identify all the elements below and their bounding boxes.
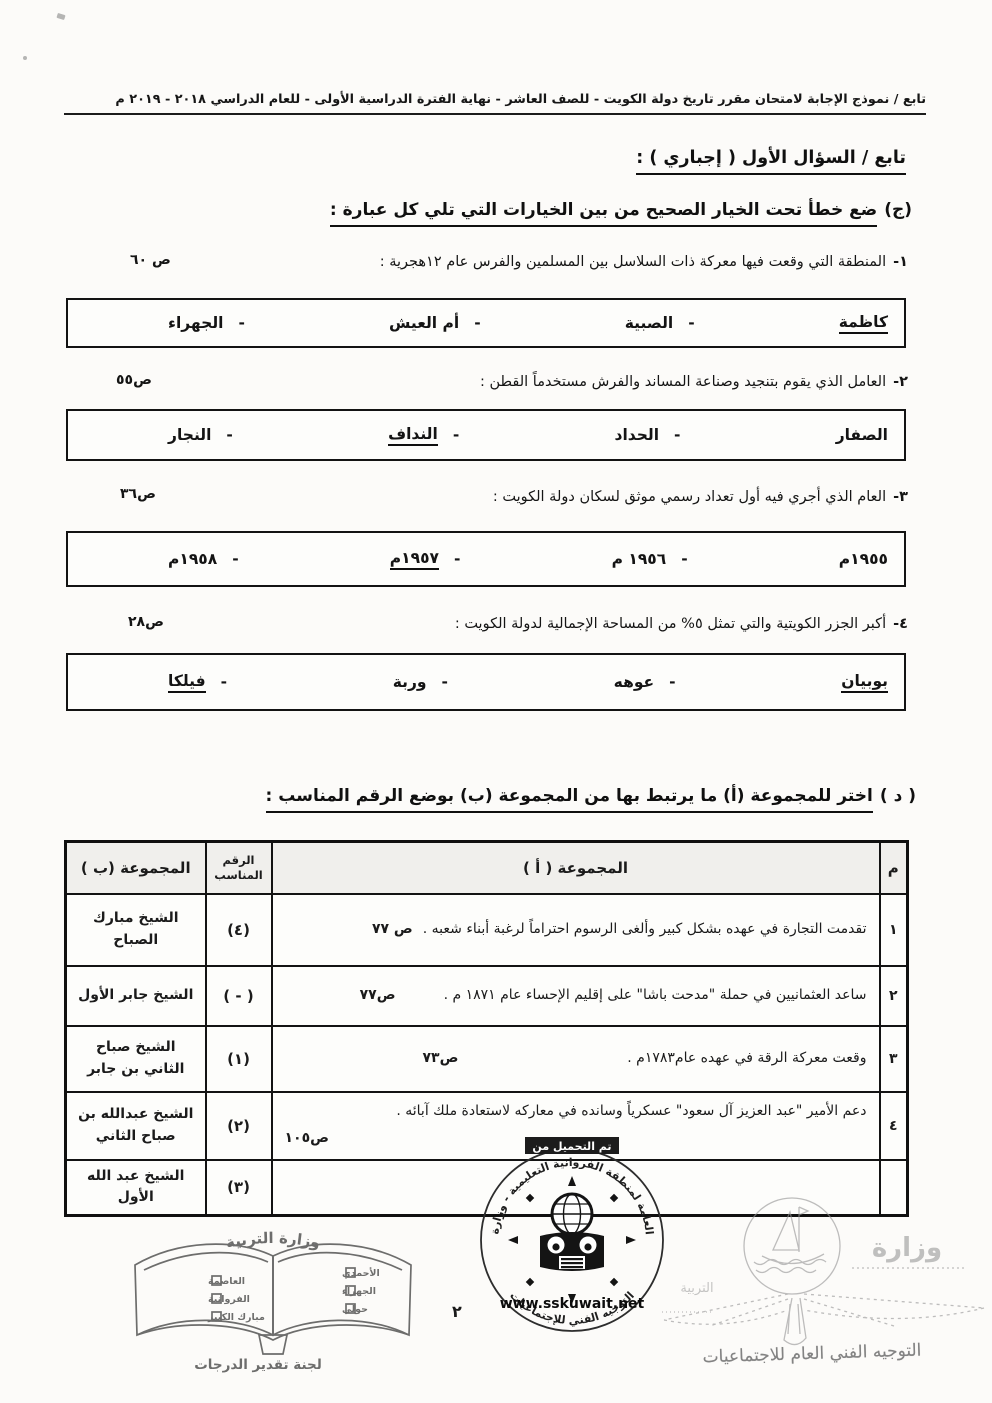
group-a-text: تقدمت التجارة في عهده بشكل كبير وألغى ال… <box>423 921 867 937</box>
option-label: ١٩٥٦ م <box>612 550 667 569</box>
option-label: الجهراء <box>168 314 223 333</box>
option: -١٩٥٨م <box>168 550 239 569</box>
part-d-letter: ( د ) <box>880 786 916 806</box>
question-4-options-box: بوبيان -عوهه -وربة -فيلكا <box>66 653 906 711</box>
option: بوبيان <box>841 672 888 693</box>
page-reference: ص٧٣ <box>423 1047 459 1071</box>
option: -فيلكا <box>168 672 227 693</box>
matching-number-cell: (٤) <box>206 894 272 966</box>
question-1: ١-المنطقة التي وقعت فيها معركة ذات السلا… <box>380 254 908 270</box>
option-dash: - <box>688 314 694 332</box>
option-dash: - <box>669 673 675 691</box>
svg-text:وزارة التربية: وزارة التربية <box>224 1229 322 1252</box>
stamp-banner: تم التحميل من <box>532 1140 611 1153</box>
option-dash: - <box>221 673 227 691</box>
option-label: أم العيش <box>389 314 459 333</box>
option-label: عوهه <box>614 673 654 692</box>
option-dash: - <box>474 314 480 332</box>
district-label: الجهراء <box>342 1286 376 1297</box>
ministry-book-stamp: وزارة التربية الأحمدي الجهراء حولي <box>108 1208 438 1376</box>
option-label: الحداد <box>614 426 659 445</box>
page-reference: ص٧٧ <box>360 987 396 1003</box>
question-1-text: المنطقة التي وقعت فيها معركة ذات السلاسل… <box>380 254 886 270</box>
group-a-cell: وقعت معركة الرقة في عهده عام١٧٨٣م .ص٧٣ <box>272 1026 880 1092</box>
question-2-text: العامل الذي يقوم بتنجيد وصناعة المساند و… <box>480 374 886 390</box>
option: ١٩٥٥م <box>839 550 888 569</box>
option-label: ١٩٥٥م <box>839 550 888 569</box>
option-dash: - <box>454 550 460 568</box>
row-number: ١ <box>880 894 908 966</box>
open-book-icon: وزارة التربية الأحمدي الجهراء حولي <box>108 1208 438 1376</box>
ministry-emblem-stamp: وزارة التربية <box>652 1192 990 1360</box>
page-number: ٢ <box>452 1302 462 1321</box>
matching-number-cell: (١) <box>206 1026 272 1092</box>
group-a-text: دعم الأمير "عبد العزيز آل سعود" عسكرياً … <box>396 1103 866 1119</box>
group-a-cell: تقدمت التجارة في عهده بشكل كبير وألغى ال… <box>272 894 880 966</box>
matching-number-cell: (٢) <box>206 1092 272 1160</box>
globe-logo-icon <box>508 1176 636 1304</box>
question-3-options-box: ١٩٥٥م -١٩٥٦ م -١٩٥٧م -١٩٥٨م <box>66 531 906 587</box>
question-2-page-ref: ص٥٥ <box>116 372 152 388</box>
row-number: ٤ <box>880 1092 908 1160</box>
group-b-cell: الشيخ عبدالله بن صباح الثاني <box>66 1092 206 1160</box>
option: -الجهراء <box>168 314 245 333</box>
option: -الصبية <box>625 314 695 333</box>
question-3-number: ٣- <box>893 489 908 505</box>
kuwait-emblem-icon: وزارة التربية <box>652 1192 990 1360</box>
column-header-number: م <box>880 842 908 894</box>
question-3-text: العام الذي أجري فيه أول تعداد رسمي موثق … <box>493 489 886 505</box>
group-b-cell: الشيخ مبارك الصباح <box>66 894 206 966</box>
option: -النداف <box>388 425 459 446</box>
district-label: الأحمدي <box>342 1267 380 1279</box>
option-label: كاظمة <box>839 313 888 334</box>
option-label: النجار <box>168 426 211 445</box>
option: -وربة <box>393 673 448 692</box>
question-3-page-ref: ص٣٦ <box>120 486 156 502</box>
option: كاظمة <box>839 313 888 334</box>
option: الصفار <box>836 426 888 445</box>
stamp-caption: لجنة تقدير الدرجات <box>194 1357 322 1373</box>
question-2-number: ٢- <box>893 374 908 390</box>
emblem-department-text: التربية <box>680 1281 713 1296</box>
group-b-cell: الشيخ صباح الثاني بن جابر <box>66 1026 206 1092</box>
part-c-heading: (ج)ضع خطأ تحت الخيار الصحيح من بين الخيا… <box>330 200 912 220</box>
option: -١٩٥٧م <box>390 549 461 570</box>
column-header-group-b: المجموعة (ب ) <box>66 842 206 894</box>
group-a-text: وقعت معركة الرقة في عهده عام١٧٨٣م . <box>627 1050 866 1066</box>
option-dash: - <box>453 426 459 444</box>
part-c-letter: (ج) <box>884 200 912 220</box>
option-dash: - <box>226 426 232 444</box>
emblem-ministry-text: وزارة <box>872 1233 942 1263</box>
section-title-text: تابع / السؤال الأول ( إجباري ) : <box>636 148 906 175</box>
circular-stamp-icon: تم التحميل من الإدارة العامة لمنطقة الفر… <box>472 1136 672 1336</box>
district-label: مبارك الكبير <box>207 1312 265 1323</box>
row-number: ٣ <box>880 1026 908 1092</box>
table-header-row: م المجموعة ( أ ) الرقم المناسب المجموعة … <box>66 842 908 894</box>
section-title: تابع / السؤال الأول ( إجباري ) : <box>636 148 906 168</box>
download-stamp: تم التحميل من الإدارة العامة لمنطقة الفر… <box>472 1136 672 1336</box>
option-label: وربة <box>393 673 427 692</box>
option: -النجار <box>168 426 233 445</box>
district-label: حولي <box>342 1304 368 1315</box>
table-row: ٢ ساعد العثمانيين في حملة "مدحت باشا" عل… <box>66 966 908 1026</box>
matching-number-cell: ( - ) <box>206 966 272 1026</box>
document-header: تابع / نموذج الإجابة لامتحان مقرر تاريخ … <box>64 92 926 115</box>
part-d-heading-text: اختر للمجموعة (أ) ما يرتبط بها من المجمو… <box>266 786 873 813</box>
question-4: ٤-أكبر الجزر الكويتية والتي تمثل ٥% من ا… <box>455 616 908 632</box>
option: -١٩٥٦ م <box>612 550 688 569</box>
district-label: العاصمة <box>208 1276 245 1287</box>
question-3: ٣-العام الذي أجري فيه أول تعداد رسمي موث… <box>493 489 908 505</box>
option-label: النداف <box>388 425 438 446</box>
option-label: ١٩٥٧م <box>390 549 439 570</box>
option-dash: - <box>232 550 238 568</box>
option: -الحداد <box>614 426 680 445</box>
row-number: ٢ <box>880 966 908 1026</box>
question-4-page-ref: ص٢٨ <box>128 614 164 630</box>
option-label: الصبية <box>625 314 673 333</box>
table-row: ١ تقدمت التجارة في عهده بشكل كبير وألغى … <box>66 894 908 966</box>
option-label: الصفار <box>836 426 888 445</box>
exam-answer-sheet-page: تابع / نموذج الإجابة لامتحان مقرر تاريخ … <box>0 0 992 1403</box>
table-row: ٣ وقعت معركة الرقة في عهده عام١٧٨٣م .ص٧٣… <box>66 1026 908 1092</box>
question-4-text: أكبر الجزر الكويتية والتي تمثل ٥% من الم… <box>455 616 886 632</box>
group-a-cell: ساعد العثمانيين في حملة "مدحت باشا" على … <box>272 966 880 1026</box>
part-d-heading: ( د )اختر للمجموعة (أ) ما يرتبط بها من ا… <box>266 786 916 806</box>
option: -أم العيش <box>389 314 481 333</box>
district-label: الفروانية <box>208 1294 250 1305</box>
part-c-heading-text: ضع خطأ تحت الخيار الصحيح من بين الخيارات… <box>330 200 877 227</box>
option-dash: - <box>238 314 244 332</box>
question-2-options-box: الصفار -الحداد -النداف -النجار <box>66 409 906 461</box>
question-1-page-ref: ص ٦٠ <box>130 252 171 268</box>
group-a-text: ساعد العثمانيين في حملة "مدحت باشا" على … <box>444 987 867 1003</box>
option-label: ١٩٥٨م <box>168 550 217 569</box>
scan-artifact <box>56 13 65 20</box>
option-dash: - <box>442 673 448 691</box>
page-reference: ص ٧٧ <box>372 921 413 937</box>
option-label: بوبيان <box>841 672 888 693</box>
question-2: ٢-العامل الذي يقوم بتنجيد وصناعة المساند… <box>480 374 908 390</box>
option-dash: - <box>674 426 680 444</box>
column-header-matching-number: الرقم المناسب <box>206 842 272 894</box>
option-dash: - <box>681 550 687 568</box>
option: -عوهه <box>614 673 676 692</box>
column-header-group-a: المجموعة ( أ ) <box>272 842 880 894</box>
question-1-number: ١- <box>893 254 908 270</box>
question-1-options-box: كاظمة -الصبية -أم العيش -الجهراء <box>66 298 906 348</box>
stamp-website: www.sskuwait.net <box>500 1296 645 1312</box>
option-label: فيلكا <box>168 672 206 693</box>
scan-artifact <box>23 56 27 60</box>
group-b-cell: الشيخ جابر الأول <box>66 966 206 1026</box>
question-4-number: ٤- <box>893 616 908 632</box>
